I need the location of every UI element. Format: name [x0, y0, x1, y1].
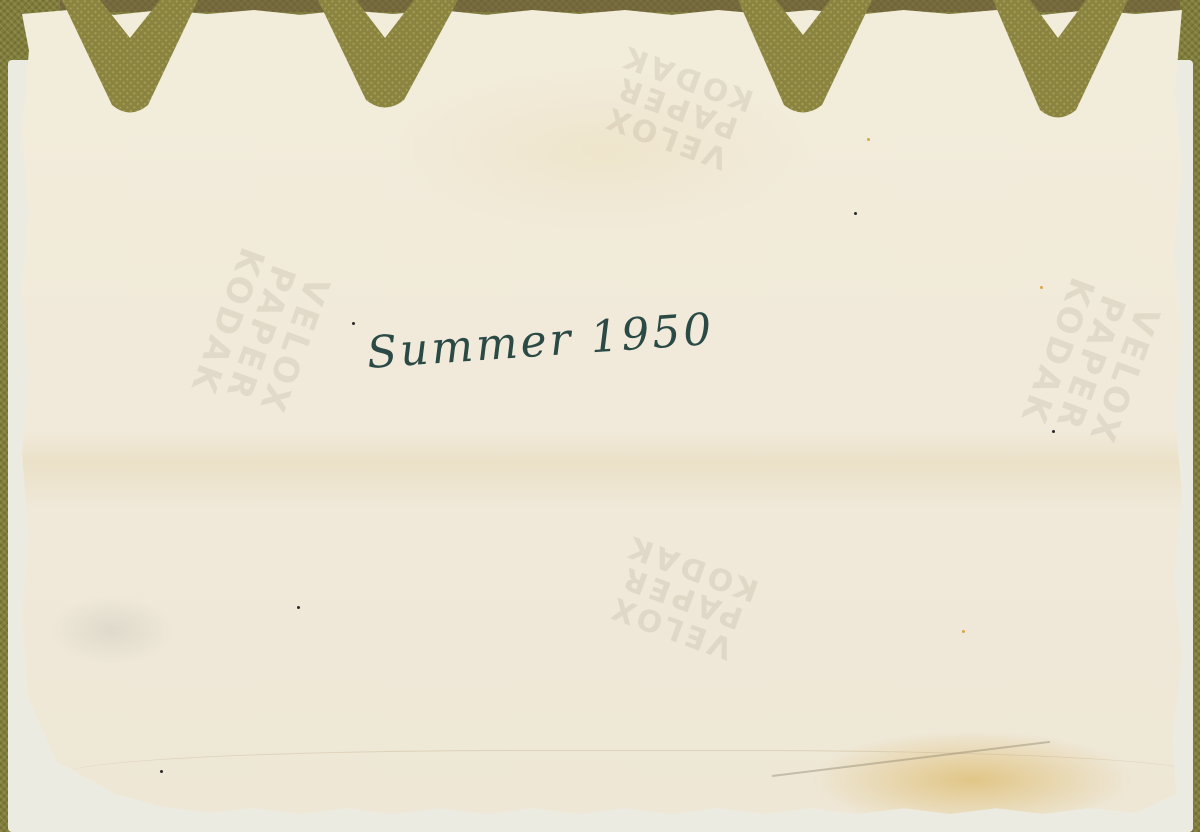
backprint-watermark: VELOX PAPER KODAK	[183, 243, 336, 425]
corner-mount-icon	[993, 0, 1128, 118]
handwritten-date: Summer 1950	[365, 304, 716, 379]
bottom-fold-line	[62, 750, 1200, 811]
ink-speck	[1052, 430, 1055, 433]
corner-mount-icon	[62, 0, 198, 113]
ink-speck	[352, 322, 355, 325]
backprint-watermark: VELOX PAPER KODAK	[600, 529, 763, 665]
photo-back: VELOX PAPER KODAK VELOX PAPER KODAK VELO…	[22, 10, 1182, 818]
ink-speck	[854, 212, 857, 215]
corner-mount-icon	[318, 0, 458, 108]
ink-speck	[297, 606, 300, 609]
corner-mounts	[0, 0, 1200, 130]
stain-speck	[867, 138, 870, 141]
corner-mount-icon	[738, 0, 872, 113]
backprint-watermark: VELOX PAPER KODAK	[1013, 273, 1166, 455]
stain-speck	[962, 630, 965, 633]
ink-speck	[160, 770, 163, 773]
stain-speck	[1040, 286, 1043, 289]
